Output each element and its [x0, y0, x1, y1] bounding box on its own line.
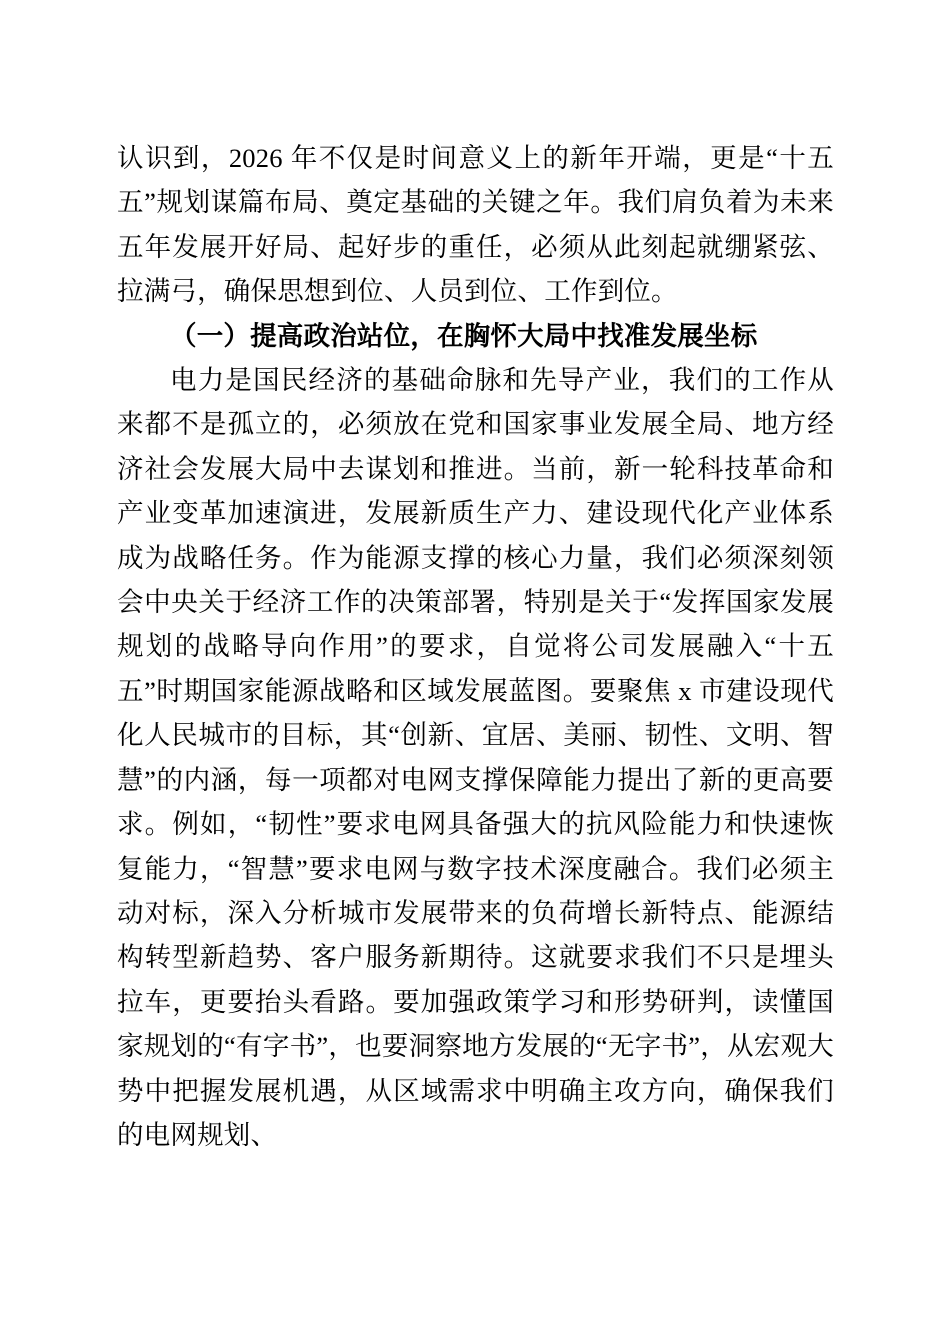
section-heading: （一）提高政治站位，在胸怀大局中找准发展坐标 [117, 314, 834, 358]
document-text-column: 认识到，2026 年不仅是时间意义上的新年开端，更是“十五五”规划谋篇布局、奠定… [117, 136, 834, 1157]
paragraph-continuation: 认识到，2026 年不仅是时间意义上的新年开端，更是“十五五”规划谋篇布局、奠定… [117, 136, 834, 314]
paragraph-body: 电力是国民经济的基础命脉和先导产业，我们的工作从来都不是孤立的，必须放在党和国家… [117, 358, 834, 1157]
document-page: 认识到，2026 年不仅是时间意义上的新年开端，更是“十五五”规划谋篇布局、奠定… [0, 0, 950, 1344]
